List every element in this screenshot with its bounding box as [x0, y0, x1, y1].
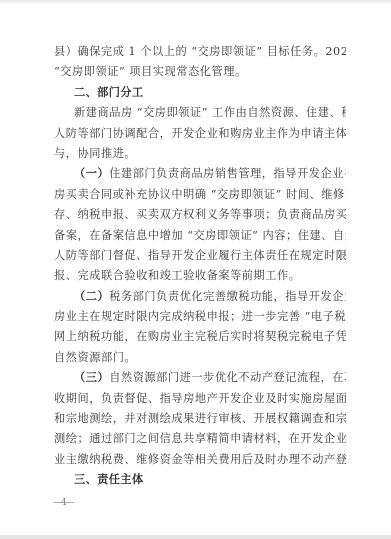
subsection-1-line: （一）住建部门负责商品房销售管理，指导开发企业在商品 — [54, 164, 346, 184]
text-line-2: “交房即领证” 项目实现常态化管理。 — [54, 62, 346, 82]
section-heading-division-of-labor: 二、部门分工 — [54, 83, 346, 103]
text-line-4: 新建商品房 “交房即领证” 工作由自然资源、住建、税务、 — [54, 103, 346, 123]
text-line-6: 与，协同推进。 — [54, 144, 346, 164]
text-line-12: 报、完成联合验收和竣工验收备案等前期工作。 — [54, 266, 346, 286]
subsection-3-line: （三）自然资源部门进一步优化不动产登记流程，在项目验 — [54, 368, 346, 388]
document-body: 县）确保完成 1 个以上的 “交房即领证” 目标任务。2022 年底 “交房即领… — [54, 42, 346, 491]
text-line-8: 房买卖合同或补充协议中明确 “交房即领证” 时间、维修资金交 — [54, 185, 346, 205]
text-line-14: 房业主在规定时限内完成纳税申报；进一步完善 “电子税务局” — [54, 307, 346, 327]
text-line-20: 测绘；通过部门之间信息共享精简申请材料，在开发企业和购房 — [54, 429, 346, 449]
subsection-3-text: 自然资源部门进一步优化不动产登记流程，在项目验 — [109, 371, 346, 384]
page-number: —4— — [53, 498, 74, 508]
text-line-15: 网上纳税功能，在购房业主完税后实时将契税完税电子凭证推送 — [54, 327, 346, 347]
text-line-18: 收期间，负责督促、指导房地产开发企业及时实施房屋面积实测 — [54, 389, 346, 409]
subsection-3-label: （三） — [74, 371, 109, 384]
subsection-2-line: （二）税务部门负责优化完善缴税功能，指导开发企业和购 — [54, 287, 346, 307]
text-line-16: 自然资源部门。 — [54, 348, 346, 368]
text-line-19: 和宗地测绘，并对测绘成果进行审核、开展权籍调查和宗地分户 — [54, 409, 346, 429]
text-line-10: 备案，在备案信息中增加 “交房即领证” 内容；住建、自然资源、 — [54, 226, 346, 246]
section-heading-responsible-party: 三、责任主体 — [54, 470, 346, 490]
subsection-1-label: （一） — [74, 167, 109, 180]
text-line-5: 人防等部门协调配合，开发企业和购房业主作为申请主体共同参 — [54, 124, 346, 144]
subsection-1-text: 住建部门负责商品房销售管理，指导开发企业在商品 — [109, 167, 346, 180]
subsection-2-label: （二） — [74, 290, 109, 303]
page-top-edge — [0, 0, 391, 5]
text-line-1: 县）确保完成 1 个以上的 “交房即领证” 目标任务。2022 年底 — [54, 42, 346, 62]
text-line-21: 业主缴纳税费、维修资金等相关费用后及时办理不动产登记。 — [54, 450, 346, 470]
page-bottom-edge — [0, 535, 391, 539]
document-page: 县）确保完成 1 个以上的 “交房即领证” 目标任务。2022 年底 “交房即领… — [0, 0, 391, 539]
text-line-9: 存、纳税申报、买卖双方权利义务等事项；负责商品房买卖合同 — [54, 205, 346, 225]
subsection-2-text: 税务部门负责优化完善缴税功能，指导开发企业和购 — [109, 290, 346, 303]
text-line-11: 人防等部门督促、指导开发企业履行主体责任在规定时限内申 — [54, 246, 346, 266]
